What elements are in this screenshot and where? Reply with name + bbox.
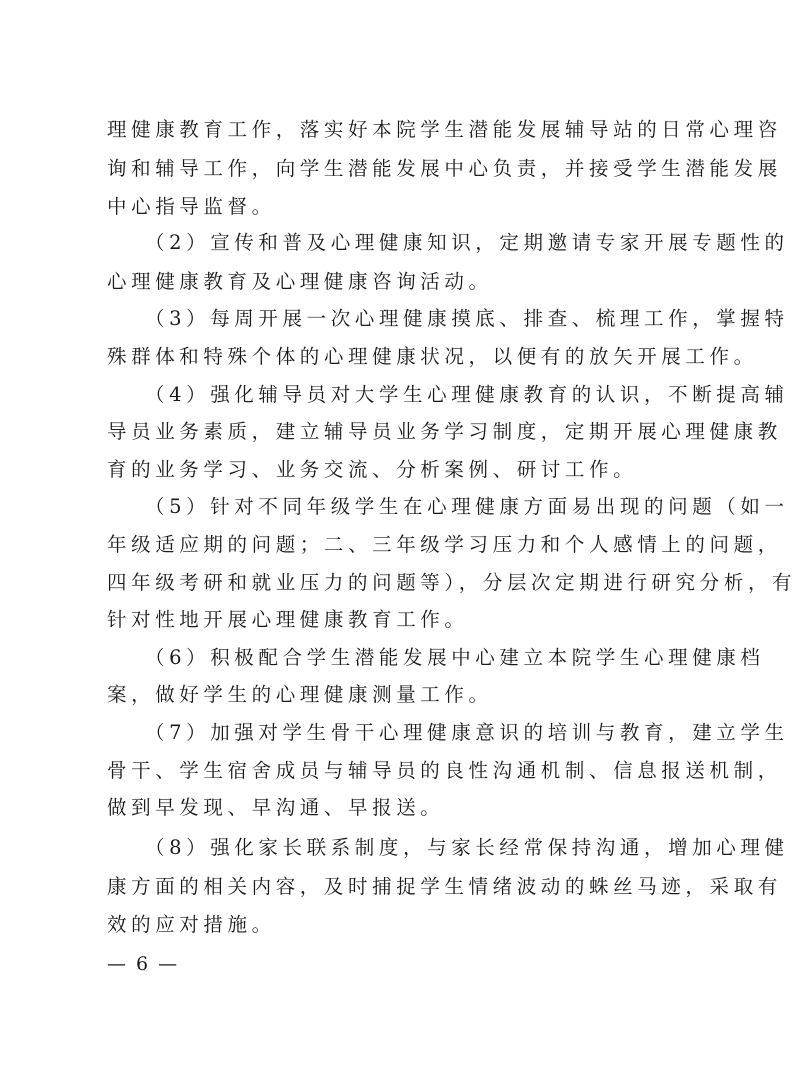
text-line: 导员业务素质，建立辅导员业务学习制度，定期开展心理健康教 <box>107 413 782 451</box>
paragraph-item-5-line: （5）针对不同年级学生在心理健康方面易出现的问题（如一 <box>145 488 789 526</box>
text-line: 中心指导监督。 <box>107 188 276 226</box>
text-line: 询和辅导工作，向学生潜能发展中心负责，并接受学生潜能发展 <box>107 150 782 188</box>
text-line: 做到早发现、早沟通、早报送。 <box>107 789 444 827</box>
text-line: 针对性地开展心理健康教育工作。 <box>107 601 469 639</box>
paragraph-item-6-line: （6）积极配合学生潜能发展中心建立本院学生心理健康档 <box>145 639 765 677</box>
text-line: 效的应对措施。 <box>107 906 276 944</box>
text-line: 骨干、学生宿舍成员与辅导员的良性沟通机制、信息报送机制， <box>107 752 782 790</box>
paragraph-item-2-line: （2）宣传和普及心理健康知识，定期邀请专家开展专题性的 <box>145 224 789 262</box>
text-line: 育的业务学习、业务交流、分析案例、研讨工作。 <box>107 451 637 489</box>
text-line: 殊群体和特殊个体的心理健康状况，以便有的放矢开展工作。 <box>107 338 758 376</box>
text-line: 四年级考研和就业压力的问题等），分层次定期进行研究分析，有 <box>107 564 794 602</box>
paragraph-item-7-line: （7）加强对学生骨干心理健康意识的培训与教育，建立学生 <box>145 714 789 752</box>
paragraph-item-4-line: （4）强化辅导员对大学生心理健康教育的认识，不断提高辅 <box>145 376 789 414</box>
page-number: — 6 — <box>107 945 179 983</box>
paragraph-item-8-line: （8）强化家长联系制度，与家长经常保持沟通，增加心理健 <box>145 829 789 867</box>
text-line: 案，做好学生的心理健康测量工作。 <box>107 676 493 714</box>
text-line: 理健康教育工作，落实好本院学生潜能发展辅导站的日常心理咨 <box>107 111 782 149</box>
text-line: 年级适应期的问题；二、三年级学习压力和个人感情上的问题， <box>107 526 782 564</box>
text-line: 心理健康教育及心理健康咨询活动。 <box>107 263 493 301</box>
paragraph-item-3-line: （3）每周开展一次心理健康摸底、排查、梳理工作，掌握特 <box>145 300 789 338</box>
text-line: 康方面的相关内容，及时捕捉学生情绪波动的蛛丝马迹，采取有 <box>107 868 782 906</box>
